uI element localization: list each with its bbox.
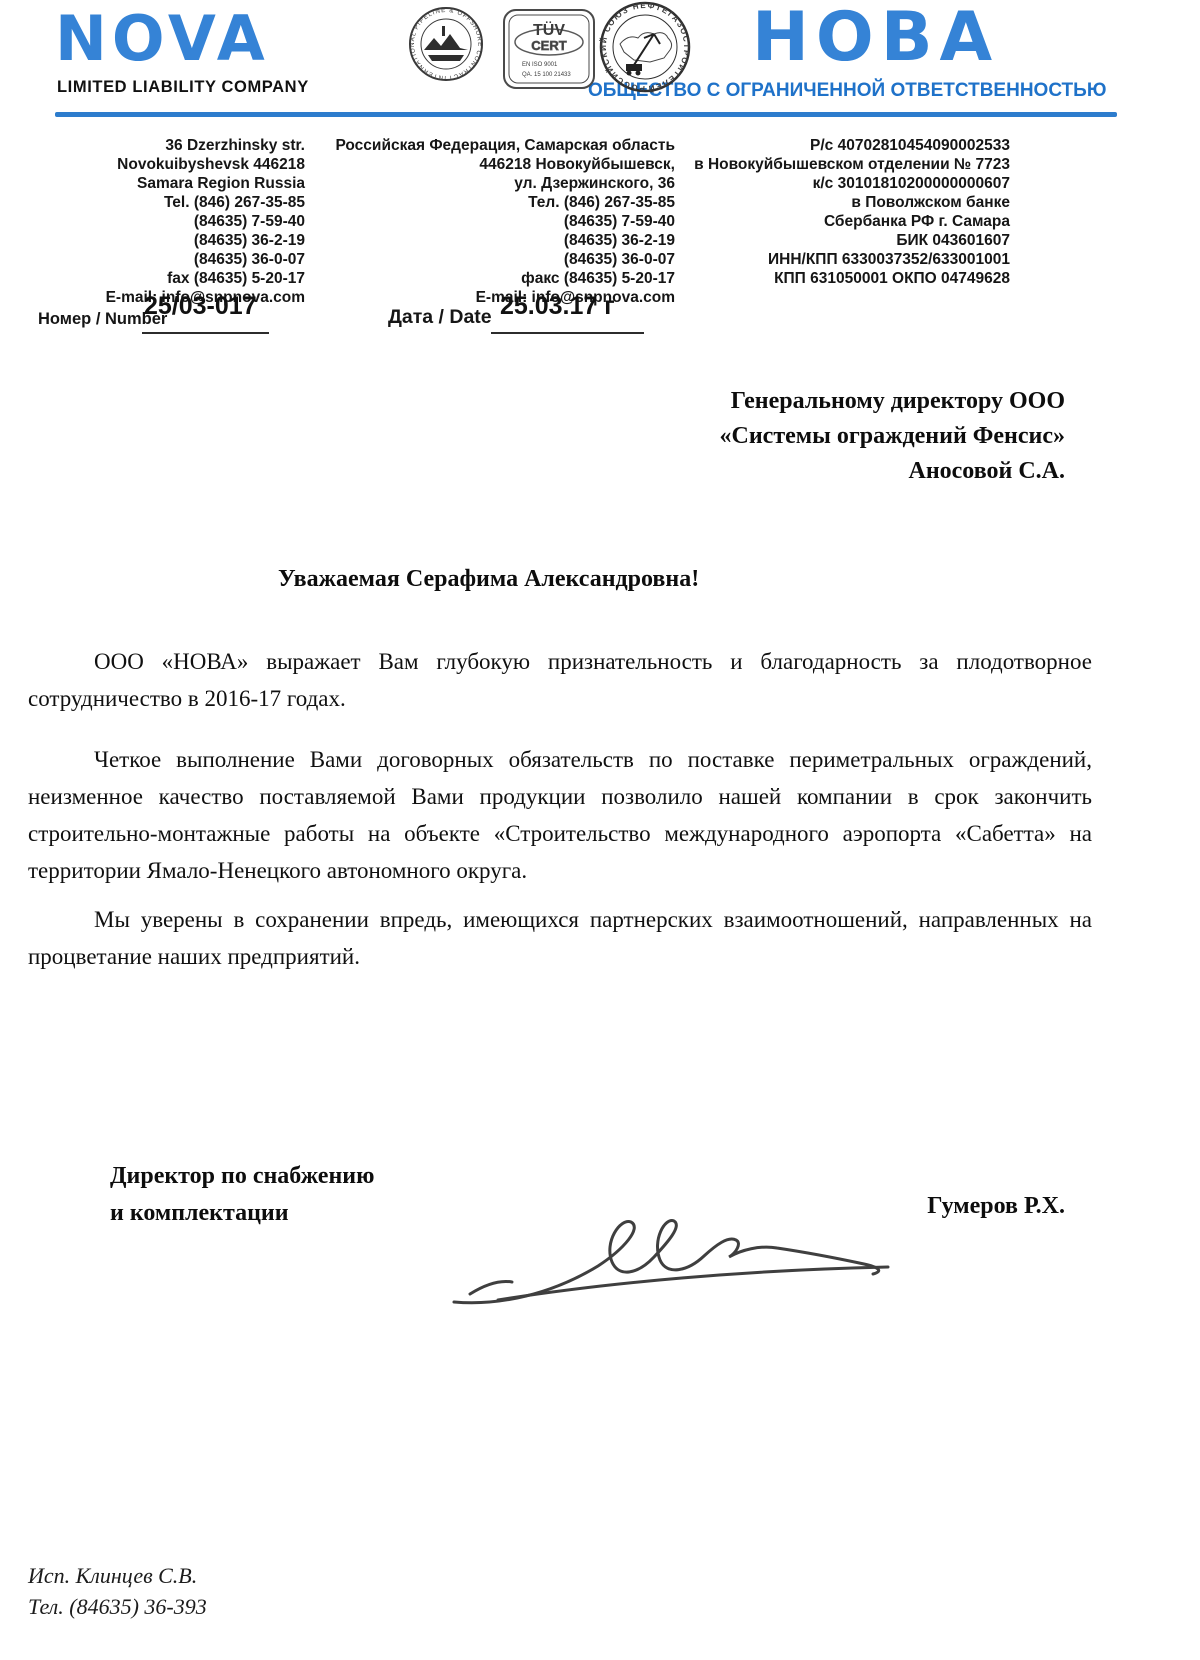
- number-value: 25/03-017: [144, 292, 257, 321]
- contact-line: (84635) 36-0-07: [194, 250, 305, 269]
- contact-line: Российская Федерация, Самарская область: [335, 136, 675, 155]
- footer-executor-block: Исп. Клинцев С.В. Тел. (84635) 36-393: [28, 1560, 207, 1622]
- number-underline: [142, 332, 269, 334]
- contact-line: Novokuibyshevsk 446218: [117, 155, 305, 174]
- recipient-line: Аносовой С.А.: [720, 454, 1066, 489]
- bank-details-block: Р/с 40702810454090002533 в Новокуйбышевс…: [630, 136, 1010, 288]
- tuv-cert-stamp-icon: TÜV CERT EN ISO 9001 QA. 15 100 21433: [502, 8, 596, 90]
- nova-logo-ru: НОВА: [752, 0, 999, 77]
- contact-line: 36 Dzerzhinsky str.: [165, 136, 305, 155]
- bank-line: ИНН/КПП 6330037352/633001001: [768, 250, 1010, 269]
- date-value: 25.03.17 г: [500, 292, 615, 321]
- salutation: Уважаемая Серафима Александровна!: [278, 566, 699, 593]
- bank-line: КПП 631050001 ОКПО 04749628: [774, 269, 1010, 288]
- svg-text:EN ISO 9001: EN ISO 9001: [522, 62, 558, 68]
- executor-phone: Тел. (84635) 36-393: [28, 1591, 207, 1622]
- signer-position: Директор по снабжению и комплектации: [110, 1158, 374, 1232]
- date-underline: [491, 332, 644, 334]
- contact-line: Tel. (846) 267-35-85: [164, 193, 305, 212]
- body-paragraph: ООО «НОВА» выражает Вам глубокую признат…: [28, 643, 1092, 717]
- contact-block-russian: Российская Федерация, Самарская область …: [330, 136, 675, 307]
- contact-block-english: 36 Dzerzhinsky str. Novokuibyshevsk 4462…: [30, 136, 305, 307]
- executor-name: Исп. Клинцев С.В.: [28, 1560, 207, 1591]
- contact-line: (84635) 7-59-40: [194, 212, 305, 231]
- signer-position-line: и комплектации: [110, 1195, 374, 1232]
- svg-text:TÜV: TÜV: [533, 20, 565, 39]
- bank-line: к/с 30101810200000000607: [813, 174, 1010, 193]
- bank-line: Р/с 40702810454090002533: [810, 136, 1010, 155]
- recipient-line: «Системы ограждений Фенсис»: [720, 419, 1066, 454]
- contact-line: (84635) 36-2-19: [194, 231, 305, 250]
- svg-text:QA. 15 100 21433: QA. 15 100 21433: [522, 72, 571, 78]
- bank-line: Сбербанка РФ г. Самара: [824, 212, 1010, 231]
- signer-name: Гумеров Р.Х.: [927, 1193, 1065, 1220]
- bank-line: в Новокуйбышевском отделении № 7723: [694, 155, 1010, 174]
- bank-line: в Поволжском банке: [851, 193, 1010, 212]
- body-paragraph: Мы уверены в сохранении впредь, имеющихс…: [28, 901, 1092, 975]
- iploca-stamp-icon: INTERNATIONAL PIPELINE & OFFSHORE CONTRA…: [408, 6, 484, 82]
- body-paragraph: Четкое выполнение Вами договорных обязат…: [28, 741, 1092, 889]
- signer-position-line: Директор по снабжению: [110, 1158, 374, 1195]
- contact-line: fax (84635) 5-20-17: [167, 269, 305, 288]
- recipient-block: Генеральному директору ООО «Системы огра…: [720, 384, 1066, 489]
- bank-line: БИК 043601607: [896, 231, 1010, 250]
- nova-logo-en-subtitle: LIMITED LIABILITY COMPANY: [57, 78, 309, 97]
- rosneftegazstroy-stamp-icon: РОССИЙСКИЙ СОЮЗ НЕФТЕГАЗОСТРОИТЕЛЕЙ •: [598, 0, 692, 94]
- recipient-line: Генеральному директору ООО: [720, 384, 1066, 419]
- contact-line: Samara Region Russia: [137, 174, 305, 193]
- header-divider: [55, 112, 1117, 117]
- handwritten-signature-icon: [440, 1212, 900, 1312]
- scanned-letter-page: NOVA LIMITED LIABILITY COMPANY НОВА ОБЩЕ…: [0, 0, 1200, 1660]
- date-label: Дата / Date: [388, 306, 492, 329]
- nova-logo-en: NOVA: [55, 2, 270, 75]
- svg-text:CERT: CERT: [531, 38, 566, 53]
